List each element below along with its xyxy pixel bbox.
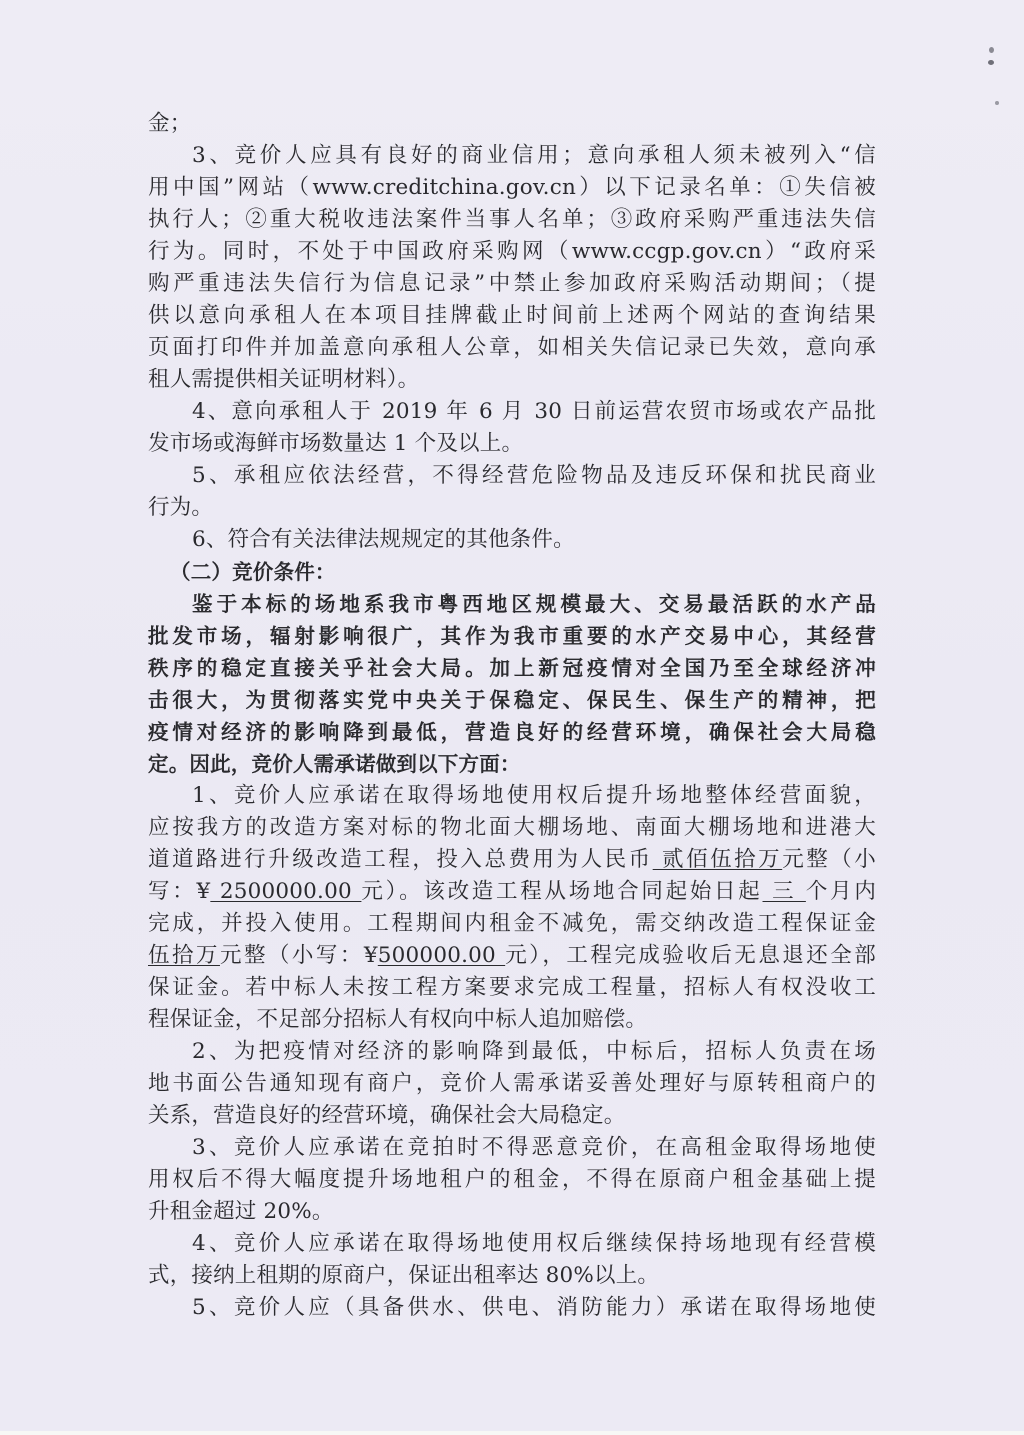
text-segment: 行为。 bbox=[148, 495, 213, 520]
text-segment: 3、竞价人应承诺在竞拍时不得恶意竞价，在高租金取得场地使 bbox=[192, 1135, 876, 1160]
text-segment: 疫情对经济的影响降到最低，营造良好的经营环境，确保社会大局稳 bbox=[148, 720, 876, 744]
text-line: 租人需提供相关证明材料）。 bbox=[148, 364, 876, 396]
text-segment: 页面打印件并加盖意向承租人公章，如相关失信记录已失效，意向承 bbox=[148, 335, 876, 360]
filled-blank: 500000.00 bbox=[378, 943, 505, 968]
text-segment: 批发市场，辐射影响很广，其作为我市重要的水产交易中心，其经营 bbox=[148, 624, 876, 648]
text-segment: 关系，营造良好的经营环境，确保社会大局稳定。 bbox=[148, 1103, 625, 1128]
text-segment: 5、竞价人应（具备供水、供电、消防能力）承诺在取得场地使 bbox=[192, 1295, 876, 1320]
text-segment: 定。因此，竞价人需承诺做到以下方面： bbox=[148, 752, 521, 776]
text-line: 式，接纳上租期的原商户，保证出租率达 80%以上。 bbox=[148, 1260, 876, 1292]
text-segment: 用权后不得大幅度提升场地租户的租金，不得在原商户租金基础上提 bbox=[148, 1167, 876, 1192]
text-line: 伍拾万元整（小写：¥500000.00 元），工程完成验收后无息退还全部 bbox=[148, 940, 876, 972]
scan-speck bbox=[988, 60, 994, 65]
text-segment: 金； bbox=[148, 111, 191, 136]
text-segment: 保证金。若中标人未按工程方案要求完成工程量，招标人有权没收工 bbox=[148, 975, 876, 1000]
text-line: 6、符合有关法律法规规定的其他条件。 bbox=[148, 524, 876, 556]
scanned-page: 金；3、竞价人应具有良好的商业信用；意向承租人须未被列入“信用中国”网站（www… bbox=[0, 0, 1024, 1435]
text-line: 升租金超过 20%。 bbox=[148, 1196, 876, 1228]
text-segment: 行为。同时，不处于中国政府采购网（www.ccgp.gov.cn）“政府采 bbox=[148, 239, 876, 264]
text-segment: 元）。该改造工程从场地合同起始日起 bbox=[361, 879, 762, 904]
scan-bottom-edge bbox=[0, 1431, 1024, 1435]
text-line: 3、竞价人应具有良好的商业信用；意向承租人须未被列入“信 bbox=[148, 140, 876, 172]
text-segment: 租人需提供相关证明材料）。 bbox=[148, 367, 419, 392]
text-line: 道道路进行升级改造工程，投入总费用为人民币 贰佰伍拾万元整（小 bbox=[148, 844, 876, 876]
text-line: 完成，并投入使用。工程期间内租金不减免，需交纳改造工程保证金 bbox=[148, 908, 876, 940]
text-line: 程保证金，不足部分招标人有权向中标人追加赔偿。 bbox=[148, 1004, 876, 1036]
text-line: 供以意向承租人在本项目挂牌截止时间前上述两个网站的查询结果 bbox=[148, 300, 876, 332]
text-line: 4、竞价人应承诺在取得场地使用权后继续保持场地现有经营模 bbox=[148, 1228, 876, 1260]
filled-blank: 伍拾万 bbox=[148, 943, 220, 968]
text-segment: 道道路进行升级改造工程，投入总费用为人民币 bbox=[148, 847, 653, 872]
text-segment: 元），工程完成验收后无息退还全部 bbox=[505, 943, 876, 968]
text-segment: 执行人；②重大税收违法案件当事人名单；③政府采购严重违法失信 bbox=[148, 207, 876, 232]
text-line: 用中国”网站（www.creditchina.gov.cn）以下记录名单：①失信… bbox=[148, 172, 876, 204]
document-body: 金；3、竞价人应具有良好的商业信用；意向承租人须未被列入“信用中国”网站（www… bbox=[148, 108, 876, 1324]
text-line: 行为。 bbox=[148, 492, 876, 524]
text-line: 击很大，为贯彻落实党中央关于保稳定、保民生、保生产的精神，把 bbox=[148, 684, 876, 716]
text-line: 行为。同时，不处于中国政府采购网（www.ccgp.gov.cn）“政府采 bbox=[148, 236, 876, 268]
text-line: 鉴于本标的场地系我市粤西地区规模最大、交易最活跃的水产品 bbox=[148, 588, 876, 620]
text-segment: 式，接纳上租期的原商户，保证出租率达 80%以上。 bbox=[148, 1263, 659, 1288]
text-segment: 元整（小写：¥ bbox=[220, 943, 378, 968]
text-line: 3、竞价人应承诺在竞拍时不得恶意竞价，在高租金取得场地使 bbox=[148, 1132, 876, 1164]
text-line: 执行人；②重大税收违法案件当事人名单；③政府采购严重违法失信 bbox=[148, 204, 876, 236]
text-line: 疫情对经济的影响降到最低，营造良好的经营环境，确保社会大局稳 bbox=[148, 716, 876, 748]
text-segment: 4、竞价人应承诺在取得场地使用权后继续保持场地现有经营模 bbox=[192, 1231, 876, 1256]
text-segment: 4、意向承租人于 2019 年 6 月 30 日前运营农贸市场或农产品批 bbox=[192, 399, 876, 424]
text-segment: 写：¥ bbox=[148, 879, 210, 904]
text-segment: 完成，并投入使用。工程期间内租金不减免，需交纳改造工程保证金 bbox=[148, 911, 876, 936]
filled-blank: 2500000.00 bbox=[210, 879, 361, 904]
text-segment: 升租金超过 20%。 bbox=[148, 1199, 334, 1224]
text-line: 5、承租应依法经营，不得经营危险物品及违反环保和扰民商业 bbox=[148, 460, 876, 492]
text-line: （二）竞价条件： bbox=[148, 556, 876, 588]
filled-blank: 贰佰伍拾万 bbox=[653, 847, 783, 872]
text-segment: 6、符合有关法律法规规定的其他条件。 bbox=[192, 527, 575, 552]
text-line: 4、意向承租人于 2019 年 6 月 30 日前运营农贸市场或农产品批 bbox=[148, 396, 876, 428]
text-segment: 秩序的稳定直接关乎社会大局。加上新冠疫情对全国乃至全球经济冲 bbox=[148, 656, 876, 680]
text-segment: 发市场或海鲜市场数量达 1 个及以上。 bbox=[148, 431, 523, 456]
text-line: 用权后不得大幅度提升场地租户的租金，不得在原商户租金基础上提 bbox=[148, 1164, 876, 1196]
text-segment: 用中国”网站（www.creditchina.gov.cn）以下记录名单：①失信… bbox=[148, 175, 876, 200]
text-line: 应按我方的改造方案对标的物北面大棚场地、南面大棚场地和进港大 bbox=[148, 812, 876, 844]
text-line: 1、竞价人应承诺在取得场地使用权后提升场地整体经营面貌， bbox=[148, 780, 876, 812]
text-segment: 鉴于本标的场地系我市粤西地区规模最大、交易最活跃的水产品 bbox=[192, 592, 876, 616]
scan-speck bbox=[995, 101, 999, 105]
text-segment: 供以意向承租人在本项目挂牌截止时间前上述两个网站的查询结果 bbox=[148, 303, 876, 328]
text-line: 地书面公告通知现有商户，竞价人需承诺妥善处理好与原转租商户的 bbox=[148, 1068, 876, 1100]
text-segment: 击很大，为贯彻落实党中央关于保稳定、保民生、保生产的精神，把 bbox=[148, 688, 876, 712]
text-segment: 3、竞价人应具有良好的商业信用；意向承租人须未被列入“信 bbox=[192, 143, 876, 168]
text-line: 购严重违法失信行为信息记录”中禁止参加政府采购活动期间；（提 bbox=[148, 268, 876, 300]
text-line: 金； bbox=[148, 108, 876, 140]
filled-blank: 三 bbox=[763, 879, 806, 904]
text-line: 5、竞价人应（具备供水、供电、消防能力）承诺在取得场地使 bbox=[148, 1292, 876, 1324]
text-line: 定。因此，竞价人需承诺做到以下方面： bbox=[148, 748, 876, 780]
text-segment: 5、承租应依法经营，不得经营危险物品及违反环保和扰民商业 bbox=[192, 463, 876, 488]
text-line: 页面打印件并加盖意向承租人公章，如相关失信记录已失效，意向承 bbox=[148, 332, 876, 364]
text-segment: 程保证金，不足部分招标人有权向中标人追加赔偿。 bbox=[148, 1007, 647, 1032]
text-line: 保证金。若中标人未按工程方案要求完成工程量，招标人有权没收工 bbox=[148, 972, 876, 1004]
text-segment: 应按我方的改造方案对标的物北面大棚场地、南面大棚场地和进港大 bbox=[148, 815, 876, 840]
text-segment: 个月内 bbox=[806, 879, 876, 904]
text-segment: （二）竞价条件： bbox=[170, 560, 336, 584]
text-line: 写：¥ 2500000.00 元）。该改造工程从场地合同起始日起 三 个月内 bbox=[148, 876, 876, 908]
text-line: 批发市场，辐射影响很广，其作为我市重要的水产交易中心，其经营 bbox=[148, 620, 876, 652]
text-segment: 购严重违法失信行为信息记录”中禁止参加政府采购活动期间；（提 bbox=[148, 271, 876, 296]
text-line: 发市场或海鲜市场数量达 1 个及以上。 bbox=[148, 428, 876, 460]
text-segment: 2、为把疫情对经济的影响降到最低，中标后，招标人负责在场 bbox=[192, 1039, 876, 1064]
text-segment: 元整（小 bbox=[782, 847, 876, 872]
scan-speck bbox=[989, 47, 994, 53]
text-line: 秩序的稳定直接关乎社会大局。加上新冠疫情对全国乃至全球经济冲 bbox=[148, 652, 876, 684]
text-segment: 1、竞价人应承诺在取得场地使用权后提升场地整体经营面貌， bbox=[192, 783, 876, 808]
text-line: 关系，营造良好的经营环境，确保社会大局稳定。 bbox=[148, 1100, 876, 1132]
text-segment: 地书面公告通知现有商户，竞价人需承诺妥善处理好与原转租商户的 bbox=[148, 1071, 876, 1096]
text-line: 2、为把疫情对经济的影响降到最低，中标后，招标人负责在场 bbox=[148, 1036, 876, 1068]
